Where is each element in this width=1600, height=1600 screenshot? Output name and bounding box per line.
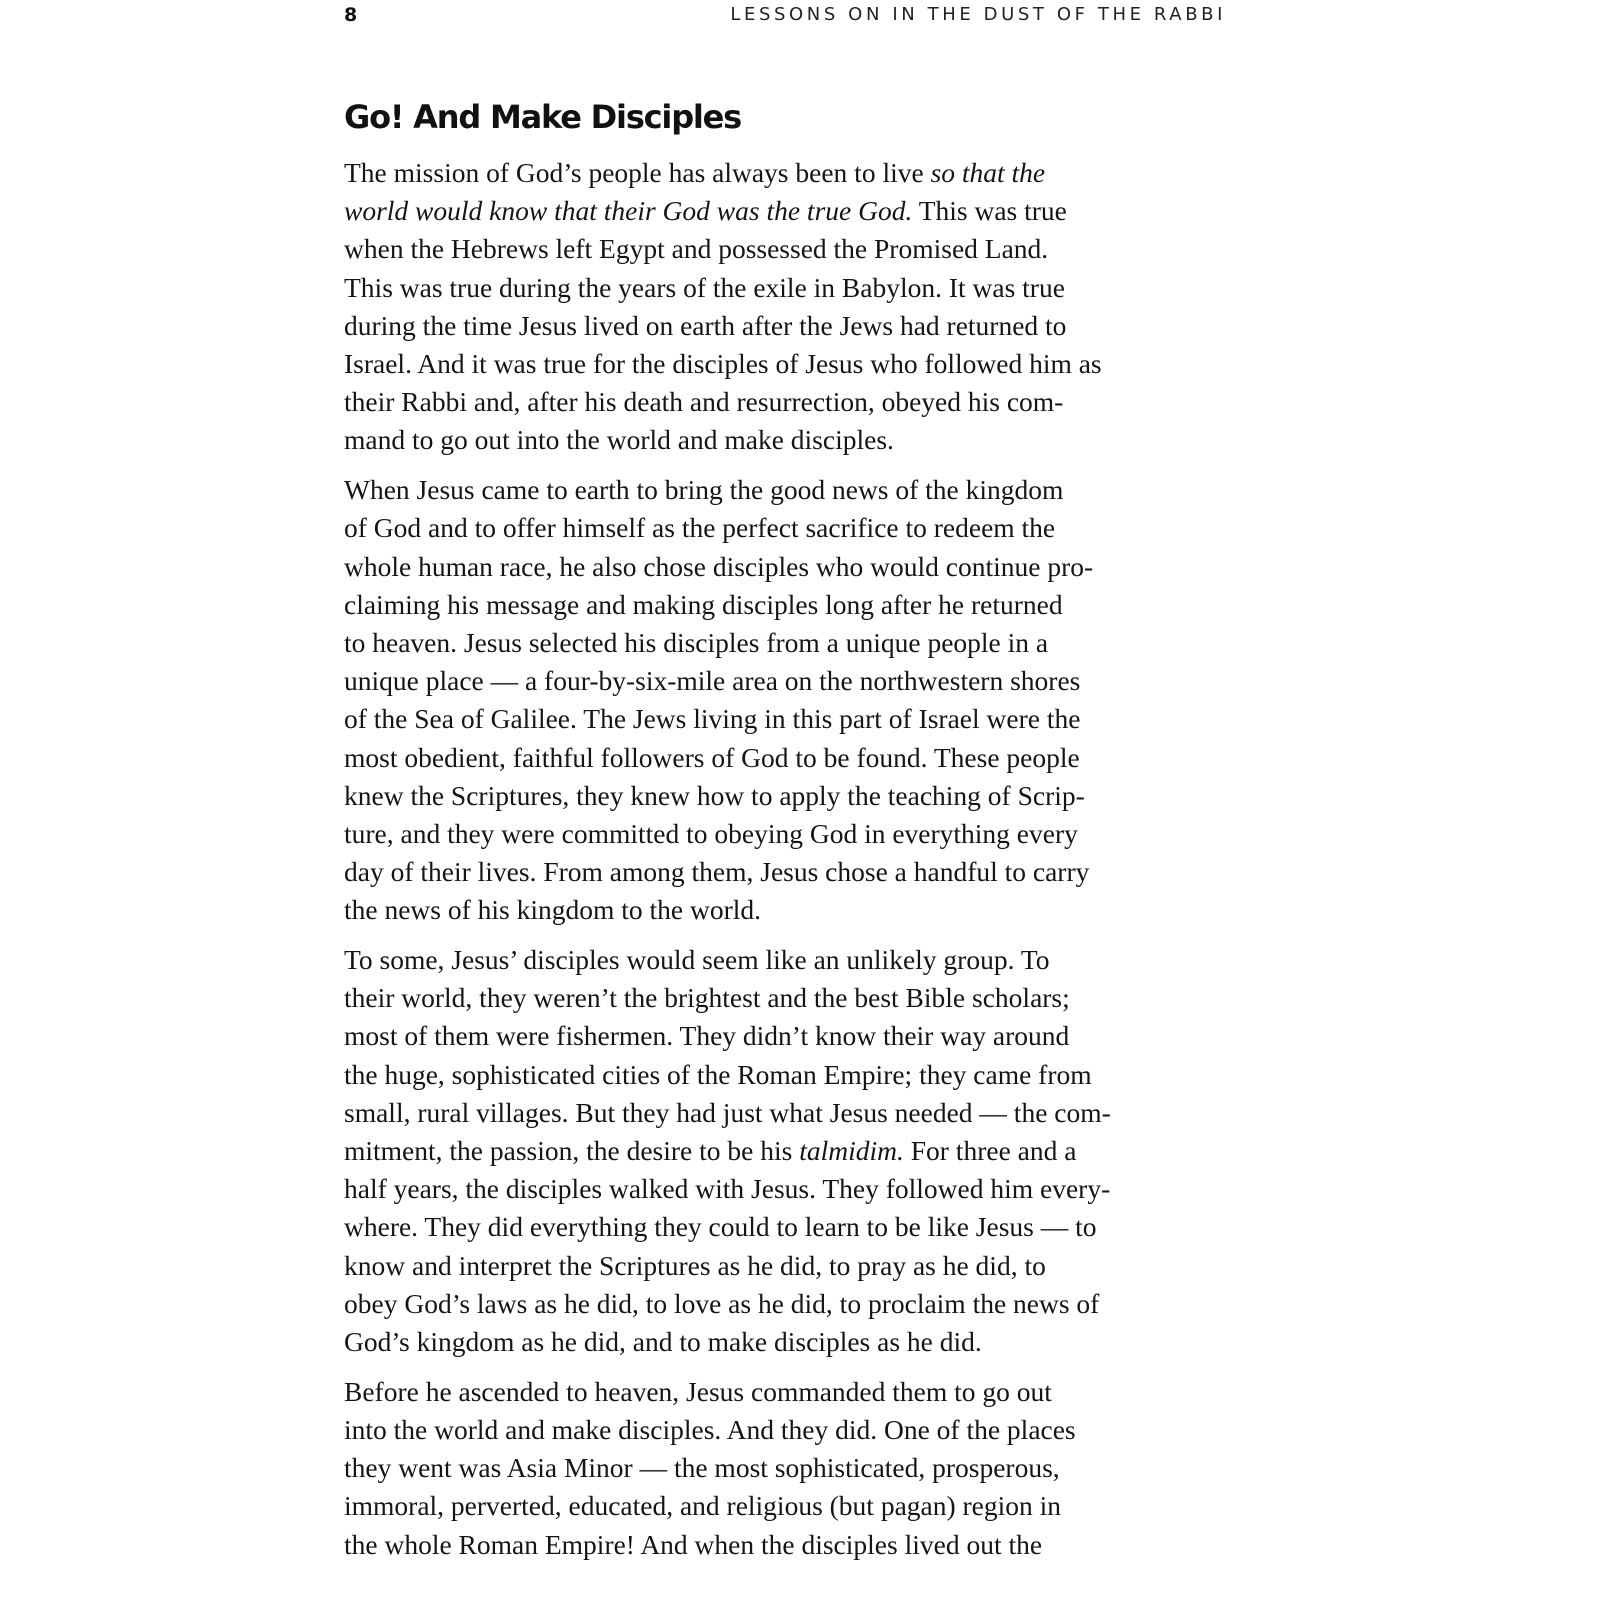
text-line: ture, and they were committed to obeying… — [344, 815, 1234, 853]
text-line: they went was Asia Minor — the most soph… — [344, 1449, 1234, 1487]
text-line: This was true during the years of the ex… — [344, 269, 1234, 307]
text-line: most obedient, faithful followers of God… — [344, 739, 1234, 777]
book-page: 8 LESSONS ON IN THE DUST OF THE RABBI Go… — [0, 0, 1600, 1600]
paragraph-2: When Jesus came to earth to bring the go… — [344, 471, 1234, 929]
text-line: when the Hebrews left Egypt and possesse… — [344, 230, 1234, 268]
running-title: LESSONS ON IN THE DUST OF THE RABBI — [730, 2, 1226, 28]
text-line: The mission of God’s people has always b… — [344, 154, 1234, 192]
text-line: the whole Roman Empire! And when the dis… — [344, 1526, 1234, 1564]
text-line: most of them were fishermen. They didn’t… — [344, 1017, 1234, 1055]
text-line: of the Sea of Galilee. The Jews living i… — [344, 700, 1234, 738]
text-span: The mission of God’s people has always b… — [344, 157, 931, 188]
text-line: claiming his message and making disciple… — [344, 586, 1234, 624]
italic-emphasis: world would know that their God was the … — [344, 195, 912, 226]
body-text: The mission of God’s people has always b… — [344, 154, 1234, 1575]
text-line: Before he ascended to heaven, Jesus comm… — [344, 1373, 1234, 1411]
text-line: the news of his kingdom to the world. — [344, 891, 1234, 929]
text-line: day of their lives. From among them, Jes… — [344, 853, 1234, 891]
paragraph-4: Before he ascended to heaven, Jesus comm… — [344, 1373, 1234, 1564]
text-span: For three and a — [904, 1135, 1077, 1166]
italic-emphasis: so that the — [931, 157, 1046, 188]
text-span: This was true — [912, 195, 1067, 226]
text-line: immoral, perverted, educated, and religi… — [344, 1487, 1234, 1525]
text-line: where. They did everything they could to… — [344, 1208, 1234, 1246]
paragraph-3: To some, Jesus’ disciples would seem lik… — [344, 941, 1234, 1361]
text-line: small, rural villages. But they had just… — [344, 1094, 1234, 1132]
text-line: mitment, the passion, the desire to be h… — [344, 1132, 1234, 1170]
text-line: their Rabbi and, after his death and res… — [344, 383, 1234, 421]
section-heading: Go! And Make Disciples — [344, 94, 741, 140]
text-line: to heaven. Jesus selected his disciples … — [344, 624, 1234, 662]
text-span: mitment, the passion, the desire to be h… — [344, 1135, 799, 1166]
text-line: world would know that their God was the … — [344, 192, 1234, 230]
text-line: half years, the disciples walked with Je… — [344, 1170, 1234, 1208]
text-line: When Jesus came to earth to bring the go… — [344, 471, 1234, 509]
text-line: obey God’s laws as he did, to love as he… — [344, 1285, 1234, 1323]
paragraph-1: The mission of God’s people has always b… — [344, 154, 1234, 460]
page-number: 8 — [344, 2, 357, 28]
text-line: into the world and make disciples. And t… — [344, 1411, 1234, 1449]
text-line: of God and to offer himself as the perfe… — [344, 509, 1234, 547]
text-line: To some, Jesus’ disciples would seem lik… — [344, 941, 1234, 979]
italic-emphasis: talmidim. — [799, 1135, 904, 1166]
text-line: mand to go out into the world and make d… — [344, 421, 1234, 459]
text-line: unique place — a four-by-six-mile area o… — [344, 662, 1234, 700]
text-line: Israel. And it was true for the disciple… — [344, 345, 1234, 383]
text-line: God’s kingdom as he did, and to make dis… — [344, 1323, 1234, 1361]
text-line: knew the Scriptures, they knew how to ap… — [344, 777, 1234, 815]
text-line: whole human race, he also chose disciple… — [344, 548, 1234, 586]
text-line: know and interpret the Scriptures as he … — [344, 1247, 1234, 1285]
text-line: during the time Jesus lived on earth aft… — [344, 307, 1234, 345]
text-line: their world, they weren’t the brightest … — [344, 979, 1234, 1017]
text-line: the huge, sophisticated cities of the Ro… — [344, 1056, 1234, 1094]
running-header: 8 LESSONS ON IN THE DUST OF THE RABBI — [344, 2, 1226, 32]
